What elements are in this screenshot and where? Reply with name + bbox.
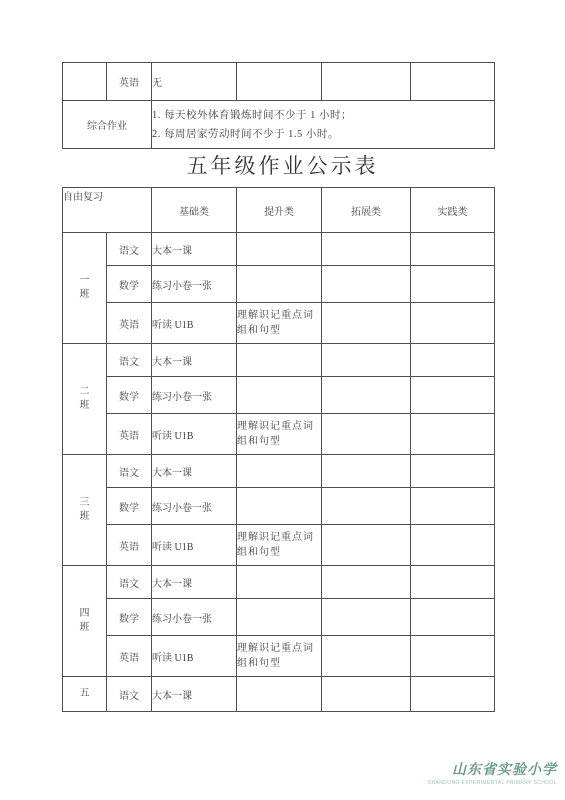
expand-cell-empty <box>322 63 411 101</box>
summary-content-cell: 1. 每天校外体育锻炼时间不少于 1 小时； 2. 每周居家劳动时间不少于 1.… <box>152 101 495 149</box>
previous-table-fragment: 英语 无 综合作业 1. 每天校外体育锻炼时间不少于 1 小时； 2. 每周居家… <box>62 62 495 149</box>
class-label-cell: 四班 <box>63 566 107 677</box>
expand-cell <box>322 414 411 455</box>
table-row: 五 语文 大本一课 <box>63 677 495 712</box>
subject-cell: 英语 <box>107 525 152 566</box>
class-label: 一班 <box>78 274 91 302</box>
subject-cell: 数学 <box>107 377 152 414</box>
corner-cell: 自由复习 <box>63 188 152 233</box>
expand-cell <box>322 233 411 266</box>
practice-cell <box>411 233 495 266</box>
improve-cell <box>237 377 322 414</box>
header-row: 自由复习 基础类 提升类 拓展类 实践类 <box>63 188 495 233</box>
basic-cell: 大本一课 <box>152 233 237 266</box>
practice-cell <box>411 266 495 303</box>
table-row: 三班 语文 大本一课 <box>63 455 495 488</box>
basic-cell: 练习小卷一张 <box>152 266 237 303</box>
subject-cell: 数学 <box>107 488 152 525</box>
subject-cell: 语文 <box>107 344 152 377</box>
practice-cell-empty <box>411 63 495 101</box>
basic-cell: 练习小卷一张 <box>152 377 237 414</box>
class-label: 三班 <box>78 496 91 524</box>
page-title: 五年级作业公示表 <box>0 150 565 180</box>
basic-cell: 练习小卷一张 <box>152 488 237 525</box>
expand-cell <box>322 525 411 566</box>
table-row: 英语 听读 U1B 理解识记重点词组和句型 <box>63 525 495 566</box>
table-row: 英语 无 <box>63 63 495 101</box>
basic-cell: 听读 U1B <box>152 303 237 344</box>
subject-cell: 英语 <box>107 303 152 344</box>
expand-cell <box>322 266 411 303</box>
subject-cell: 英语 <box>107 63 152 101</box>
improve-cell <box>237 266 322 303</box>
practice-cell <box>411 303 495 344</box>
class-label: 四班 <box>78 607 91 635</box>
expand-cell <box>322 636 411 677</box>
summary-label-cell: 综合作业 <box>63 101 152 149</box>
table-row: 数学 练习小卷一张 <box>63 377 495 414</box>
expand-cell <box>322 303 411 344</box>
practice-cell <box>411 414 495 455</box>
table-row: 英语 听读 U1B 理解识记重点词组和句型 <box>63 414 495 455</box>
practice-cell <box>411 566 495 599</box>
homework-table: 自由复习 基础类 提升类 拓展类 实践类 一班 语文 大本一课 数学 练习小卷一… <box>62 187 495 712</box>
improve-cell <box>237 677 322 712</box>
school-watermark: 山东省实验小学 SHANDONG EXPERIMENTAL PRIMARY SC… <box>428 764 557 786</box>
basic-cell: 无 <box>152 63 237 101</box>
expand-cell <box>322 566 411 599</box>
expand-cell <box>322 344 411 377</box>
subject-cell: 语文 <box>107 455 152 488</box>
summary-line-1: 1. 每天校外体育锻炼时间不少于 1 小时； <box>152 106 494 125</box>
basic-cell: 大本一课 <box>152 344 237 377</box>
subject-cell: 数学 <box>107 599 152 636</box>
summary-line-2: 2. 每周居家劳动时间不少于 1.5 小时。 <box>152 125 494 144</box>
improve-cell <box>237 455 322 488</box>
basic-cell: 练习小卷一张 <box>152 599 237 636</box>
basic-cell: 大本一课 <box>152 677 237 712</box>
practice-cell <box>411 377 495 414</box>
table-row: 英语 听读 U1B 理解识记重点词组和句型 <box>63 303 495 344</box>
expand-cell <box>322 488 411 525</box>
practice-cell <box>411 344 495 377</box>
table-row: 数学 练习小卷一张 <box>63 599 495 636</box>
expand-cell <box>322 677 411 712</box>
improve-cell <box>237 566 322 599</box>
basic-cell: 大本一课 <box>152 455 237 488</box>
class-label-cell: 五 <box>63 677 107 712</box>
class-label: 五 <box>78 687 91 701</box>
practice-cell <box>411 455 495 488</box>
document-page: 英语 无 综合作业 1. 每天校外体育锻炼时间不少于 1 小时； 2. 每周居家… <box>0 0 565 800</box>
table-row: 二班 语文 大本一课 <box>63 344 495 377</box>
class-label-cell: 三班 <box>63 455 107 566</box>
improve-cell: 理解识记重点词组和句型 <box>237 636 322 677</box>
column-header-basic: 基础类 <box>152 188 237 233</box>
improve-cell <box>237 488 322 525</box>
practice-cell <box>411 525 495 566</box>
basic-cell: 听读 U1B <box>152 525 237 566</box>
improve-cell: 理解识记重点词组和句型 <box>237 303 322 344</box>
table-row: 四班 语文 大本一课 <box>63 566 495 599</box>
subject-cell: 英语 <box>107 414 152 455</box>
school-name-en: SHANDONG EXPERIMENTAL PRIMARY SCHOOL <box>428 781 557 786</box>
improve-cell <box>237 344 322 377</box>
practice-cell <box>411 488 495 525</box>
column-header-improve: 提升类 <box>237 188 322 233</box>
subject-cell: 语文 <box>107 233 152 266</box>
practice-cell <box>411 636 495 677</box>
expand-cell <box>322 455 411 488</box>
school-name-cn: 山东省实验小学 <box>428 764 557 778</box>
class-cell-empty <box>63 63 107 101</box>
table-row: 数学 练习小卷一张 <box>63 266 495 303</box>
table-row: 综合作业 1. 每天校外体育锻炼时间不少于 1 小时； 2. 每周居家劳动时间不… <box>63 101 495 149</box>
class-label-cell: 二班 <box>63 344 107 455</box>
table-row: 英语 听读 U1B 理解识记重点词组和句型 <box>63 636 495 677</box>
subject-cell: 语文 <box>107 677 152 712</box>
improve-cell: 理解识记重点词组和句型 <box>237 525 322 566</box>
column-header-practice: 实践类 <box>411 188 495 233</box>
subject-cell: 数学 <box>107 266 152 303</box>
practice-cell <box>411 599 495 636</box>
basic-cell: 听读 U1B <box>152 414 237 455</box>
table-row: 数学 练习小卷一张 <box>63 488 495 525</box>
improve-cell-empty <box>237 63 322 101</box>
improve-cell: 理解识记重点词组和句型 <box>237 414 322 455</box>
class-label-cell: 一班 <box>63 233 107 344</box>
expand-cell <box>322 599 411 636</box>
improve-cell <box>237 233 322 266</box>
practice-cell <box>411 677 495 712</box>
basic-cell: 听读 U1B <box>152 636 237 677</box>
improve-cell <box>237 599 322 636</box>
subject-cell: 英语 <box>107 636 152 677</box>
table-row: 一班 语文 大本一课 <box>63 233 495 266</box>
expand-cell <box>322 377 411 414</box>
basic-cell: 大本一课 <box>152 566 237 599</box>
subject-cell: 语文 <box>107 566 152 599</box>
column-header-expand: 拓展类 <box>322 188 411 233</box>
class-label: 二班 <box>78 385 91 413</box>
